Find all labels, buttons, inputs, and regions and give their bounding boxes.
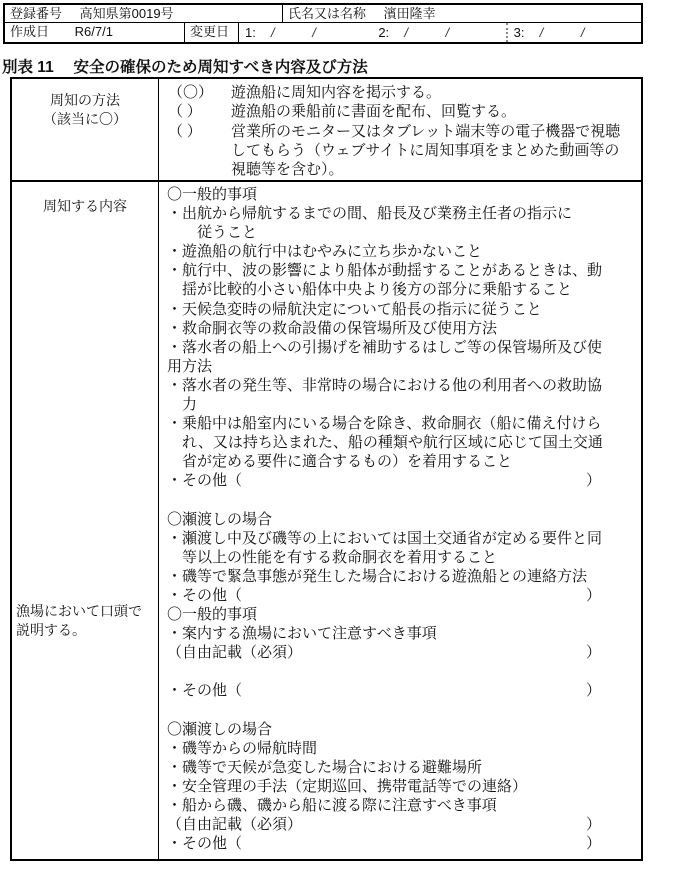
notice-method-header-cell: 周知の方法 （該当に〇） (12, 79, 159, 180)
registration-cell: 登録番号 高知県第0019号 (5, 5, 283, 22)
content-line-text: ・磯等からの帰航時間 (167, 741, 317, 757)
notice-content-label: 周知する内容 (12, 182, 158, 217)
oral-explanation-label: 漁場において口頭で 説明する。 (16, 603, 142, 641)
header-row-2: 作成日 R6/7/1 変更日 1: / / 2: / / 3: / / (5, 23, 641, 42)
content-line-text: 等以上の性能を有する救命胴衣を着用すること (182, 550, 497, 566)
registration-label: 登録番号 (10, 5, 62, 22)
safety-notice-table: 周知の方法 （該当に〇） （〇）遊漁船に周知内容を掲示する。 （ ）遊漁船の乗船… (10, 77, 643, 861)
content-line: ・救命胴衣等の救命設備の保管場所及び使用方法 (167, 320, 641, 339)
modified-date-label: 変更日 (185, 23, 239, 42)
slot-number: 2: (378, 24, 404, 42)
method-option-line: （〇）遊漁船に周知内容を掲示する。 (168, 84, 641, 103)
content-line: 等以上の性能を有する救命胴衣を着用すること (167, 549, 641, 568)
content-line: 力 (167, 396, 641, 415)
content-line-text: れ、又は持ち込まれた、船の種類や航行区域に応じて国土交通 (182, 435, 603, 451)
slot-date-placeholder: / / (271, 24, 333, 42)
content-line-close-paren: ） (586, 835, 601, 854)
oral-explanation-lines: 〇一般的事項 ・案内する漁場において注意すべき事項 （自由記載（必須）） (167, 606, 641, 854)
content-line-text: ・船から磯、磯から船に渡る際に注意すべき事項 (167, 798, 497, 814)
name-cell: 氏名又は名称 濱田隆幸 (283, 5, 641, 22)
content-line (167, 492, 641, 511)
notice-content-header-cell: 周知する内容 漁場において口頭で 説明する。 (12, 182, 159, 859)
content-line: ・案内する漁場において注意すべき事項 (167, 625, 641, 644)
content-line: ・出航から帰航するまでの間、船長及び業務主任者の指示に (167, 205, 641, 224)
content-line: 用方法 (167, 358, 641, 377)
content-line: 〇瀬渡しの場合 (167, 511, 641, 530)
content-line-text: 用方法 (167, 359, 212, 375)
content-line: ・その他（） (167, 472, 641, 491)
created-date-cell: 作成日 R6/7/1 (5, 23, 185, 42)
notice-method-sublabel: （該当に〇） (12, 111, 158, 130)
content-line-text: ・安全管理の手法（定期巡回、携帯電話等での連絡） (167, 779, 527, 795)
content-line-close-paren: ） (586, 816, 601, 835)
content-line-text: ・その他（ (167, 472, 242, 491)
notice-method-options: （〇）遊漁船に周知内容を掲示する。 （ ）遊漁船の乗船前に書面を配布、回覧する。… (159, 79, 641, 180)
content-line: ・磯等からの帰航時間 (167, 740, 641, 759)
registration-value: 高知県第0019号 (80, 5, 174, 22)
content-line: ・船から磯、磯から船に渡る際に注意すべき事項 (167, 797, 641, 816)
content-line: ・落水者の発生等、非常時の場合における他の利用者への救助協 (167, 377, 641, 396)
created-date-label: 作成日 (10, 23, 49, 41)
option-text: 視聴等を含む）。 (231, 162, 344, 178)
content-line: ・安全管理の手法（定期巡回、携帯電話等での連絡） (167, 778, 641, 797)
content-line: ・その他（） (167, 587, 641, 606)
notice-content-lines: 〇一般的事項 ・出航から帰航するまでの間、船長及び業務主任者の指示に 従うこと … (167, 186, 641, 606)
content-line: 〇一般的事項 (167, 606, 641, 625)
content-line-text: ・瀬渡し中及び磯等の上においては国土交通省が定める要件と同 (167, 531, 602, 547)
slot-number: 3: (514, 24, 540, 42)
content-line: れ、又は持ち込まれた、船の種類や航行区域に応じて国土交通 (167, 434, 641, 453)
option-text: してもらう（ウェブサイトに周知事項をまとめた動画等の (231, 143, 619, 159)
content-line-text: 〇一般的事項 (167, 187, 257, 203)
method-option-line: 視聴等を含む）。 (168, 161, 641, 180)
content-line-text: ・乗船中は船室内にいる場合を除き、救命胴衣（船に備え付けら (167, 416, 601, 432)
method-option-line: （ ）遊漁船の乗船前に書面を配布、回覧する。 (168, 103, 641, 122)
content-line: 従うこと (167, 224, 641, 243)
content-line-text: 揺が比較的小さい船体中央より後方の部分に乗船すること (182, 282, 572, 298)
content-line-text: ・天候急変時の帰航決定について船長の指示に従うこと (167, 302, 542, 318)
content-line: ・磯等で緊急事態が発生した場合における遊漁船との連絡方法 (167, 568, 641, 587)
content-line-text: ・案内する漁場において注意すべき事項 (167, 626, 437, 642)
slot-date-placeholder: / / (404, 24, 466, 42)
page-title: 別表 11 安全の確保のため周知すべき内容及び方法 (2, 55, 368, 77)
modified-date-slot: 1: / / (239, 23, 372, 42)
content-line-text: ・航行中、波の影響により船体が動揺することがあるときは、動 (167, 263, 602, 279)
notice-method-label: 周知の方法 (12, 92, 158, 111)
content-line-text: （自由記載（必須） (167, 644, 302, 663)
option-checkbox-mark: （〇） (168, 84, 231, 103)
content-line-text: ・遊漁船の航行中はむやみに立ち歩かないこと (167, 244, 482, 260)
content-line: ・航行中、波の影響により船体が動揺することがあるときは、動 (167, 262, 641, 281)
method-option-line: （ ）営業所のモニター又はタブレット端末等の電子機器で視聴 (168, 123, 641, 142)
content-line-close-paren: ） (586, 472, 601, 491)
content-line: ・その他（） (167, 682, 641, 701)
created-date-value: R6/7/1 (75, 23, 113, 41)
content-line: ・その他（） (167, 835, 641, 854)
content-line: 〇瀬渡しの場合 (167, 721, 641, 740)
content-line: 〇一般的事項 (167, 186, 641, 205)
content-line: ・天候急変時の帰航決定について船長の指示に従うこと (167, 301, 641, 320)
header-table: 登録番号 高知県第0019号 氏名又は名称 濱田隆幸 作成日 R6/7/1 変更… (3, 3, 643, 44)
content-line-text: ・磯等で天候が急変した場合における避難場所 (167, 760, 482, 776)
content-line: （自由記載（必須）） (167, 644, 641, 663)
content-line-text: （自由記載（必須） (167, 816, 302, 835)
slot-date-placeholder: / / (540, 24, 602, 42)
option-checkbox-mark: （ ） (168, 103, 231, 122)
content-line (167, 663, 641, 682)
option-text: 営業所のモニター又はタブレット端末等の電子機器で視聴 (231, 124, 620, 140)
content-line-text: 力 (182, 397, 197, 413)
content-line-text: ・落水者の船上への引揚げを補助するはしご等の保管場所及び使 (167, 340, 602, 356)
content-line: ・瀬渡し中及び磯等の上においては国土交通省が定める要件と同 (167, 530, 641, 549)
content-line-text: 〇瀬渡しの場合 (167, 512, 272, 528)
slot-number: 1: (245, 24, 271, 42)
notice-content-row: 周知する内容 漁場において口頭で 説明する。 〇一般的事項 ・出航から帰航するま… (12, 182, 641, 859)
content-line-text: ・救命胴衣等の救命設備の保管場所及び使用方法 (167, 321, 497, 337)
option-checkbox-mark: （ ） (168, 123, 231, 142)
content-line: ・乗船中は船室内にいる場合を除き、救命胴衣（船に備え付けら (167, 415, 641, 434)
name-label: 氏名又は名称 (288, 5, 366, 22)
notice-content-body: 〇一般的事項 ・出航から帰航するまでの間、船長及び業務主任者の指示に 従うこと … (159, 182, 641, 859)
notice-method-row: 周知の方法 （該当に〇） （〇）遊漁船に周知内容を掲示する。 （ ）遊漁船の乗船… (12, 79, 641, 182)
name-value: 濱田隆幸 (384, 5, 436, 22)
content-line: 揺が比較的小さい船体中央より後方の部分に乗船すること (167, 281, 641, 300)
content-line: ・落水者の船上への引揚げを補助するはしご等の保管場所及び使 (167, 339, 641, 358)
content-line-text: ・落水者の発生等、非常時の場合における他の利用者への救助協 (167, 378, 602, 394)
modified-date-slot: 3: / / (506, 23, 641, 42)
content-line-text: 従うこと (197, 225, 257, 241)
content-line-text: 省が定める要件に適合するもの）を着用すること (182, 454, 512, 470)
modified-date-slot: 2: / / (372, 23, 505, 42)
content-line-text: ・出航から帰航するまでの間、船長及び業務主任者の指示に (167, 206, 572, 222)
option-text: 遊漁船に周知内容を掲示する。 (231, 85, 441, 101)
content-line-close-paren: ） (586, 644, 601, 663)
content-line (167, 702, 641, 721)
content-line-text: ・その他（ (167, 682, 242, 701)
content-line: ・磯等で天候が急変した場合における避難場所 (167, 759, 641, 778)
content-line: ・遊漁船の航行中はむやみに立ち歩かないこと (167, 243, 641, 262)
content-line-close-paren: ） (586, 587, 601, 606)
content-line-close-paren: ） (586, 682, 601, 701)
content-line-text: ・その他（ (167, 587, 242, 606)
header-row-1: 登録番号 高知県第0019号 氏名又は名称 濱田隆幸 (5, 5, 641, 23)
content-line-text: ・磯等で緊急事態が発生した場合における遊漁船との連絡方法 (167, 569, 587, 585)
content-line: 省が定める要件に適合するもの）を着用すること (167, 453, 641, 472)
method-option-line: してもらう（ウェブサイトに周知事項をまとめた動画等の (168, 142, 641, 161)
modified-date-slots: 1: / / 2: / / 3: / / (239, 23, 641, 42)
document-page: { "header": { "registration_label": "登録番… (0, 0, 698, 887)
content-line: （自由記載（必須）） (167, 816, 641, 835)
option-text: 遊漁船の乗船前に書面を配布、回覧する。 (231, 104, 516, 120)
content-line-text: ・その他（ (167, 835, 242, 854)
content-line-text: 〇瀬渡しの場合 (167, 722, 272, 738)
content-line-text: 〇一般的事項 (167, 607, 257, 623)
